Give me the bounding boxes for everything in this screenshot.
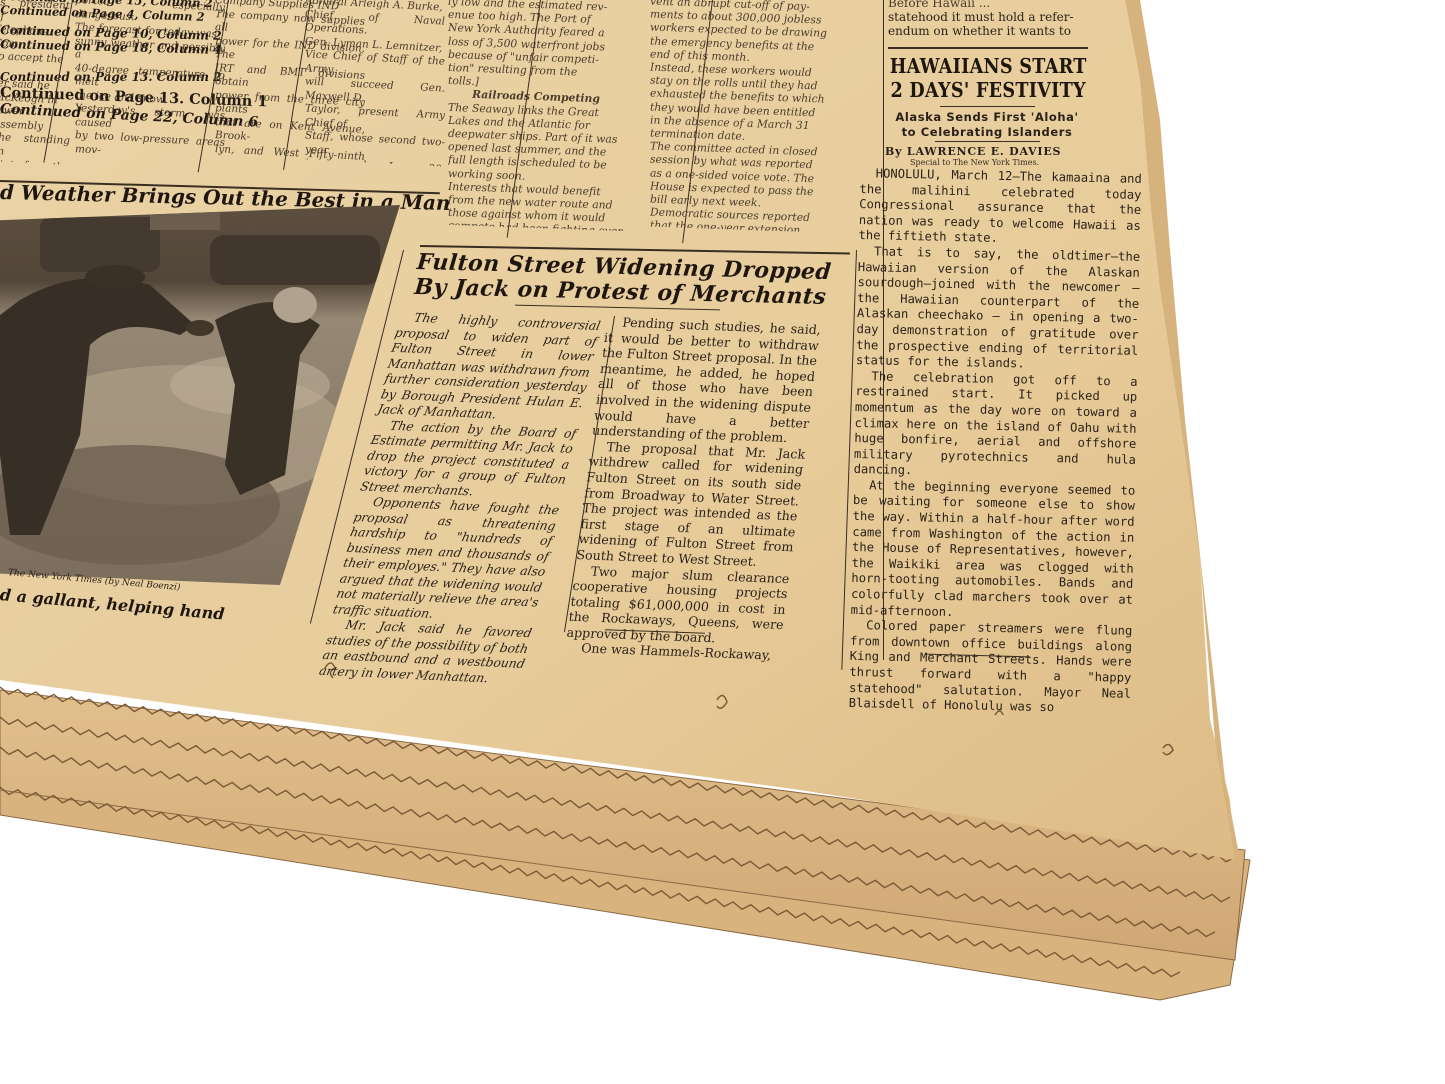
hawaii-headline: HAWAIIANS START 2 DAYS' FESTIVITY: [885, 54, 1091, 102]
fulton-paragraph: The action by the Board of Estimate perm…: [359, 418, 578, 504]
fulton-paragraph: Opponents have fought the proposal as th…: [331, 494, 560, 626]
fulton-paragraph: Pending such studies, he said, it would …: [591, 314, 822, 446]
hawaii-paragraph: The celebration got off to a restrained …: [853, 369, 1137, 484]
hawaii-paragraph: Colored paper streamers were flung from …: [849, 618, 1133, 717]
fulton-paragraph: Mr. Jack said he favored studies of the …: [318, 617, 534, 688]
fulton-column-2: Pending such studies, he said, it would …: [564, 314, 822, 664]
newspaper-page: as president ofTelephone Com-to accept t…: [0, 0, 1445, 1084]
fulton-headline: Fulton Street Widening Dropped By Jack o…: [413, 250, 863, 311]
weather-photo: [0, 205, 400, 585]
hawaii-paragraph: That is to say, the oldtimer—the Hawaiia…: [856, 244, 1141, 375]
fulton-paragraph: The proposal that Mr. Jack withdrew call…: [576, 438, 807, 570]
fulton-paragraph: Two major slum clearance cooperative hou…: [566, 562, 791, 648]
fulton-paragraph: The highly controversial proposal to wid…: [376, 310, 602, 427]
column-line: the standing in: [0, 131, 70, 162]
hawaii-pre-text: Before Hawaii ... statehood it must hold…: [888, 0, 1088, 38]
top-column-2: ported especially dangerous.The forecast…: [75, 0, 225, 162]
photo-caption: d a gallant, helping hand: [0, 585, 225, 624]
fulton-column-1: The highly controversial proposal to wid…: [318, 310, 602, 688]
top-column-4: Admiral Arleigh A. Burke,Chief of Naval …: [305, 0, 445, 167]
hawaii-paragraph: At the beginning everyone seemed to be w…: [851, 478, 1136, 624]
hawaii-body: HONOLULU, March 12—The kamaaina and the …: [849, 166, 1142, 718]
hawaii-paragraph: HONOLULU, March 12—The kamaaina and the …: [858, 166, 1142, 250]
